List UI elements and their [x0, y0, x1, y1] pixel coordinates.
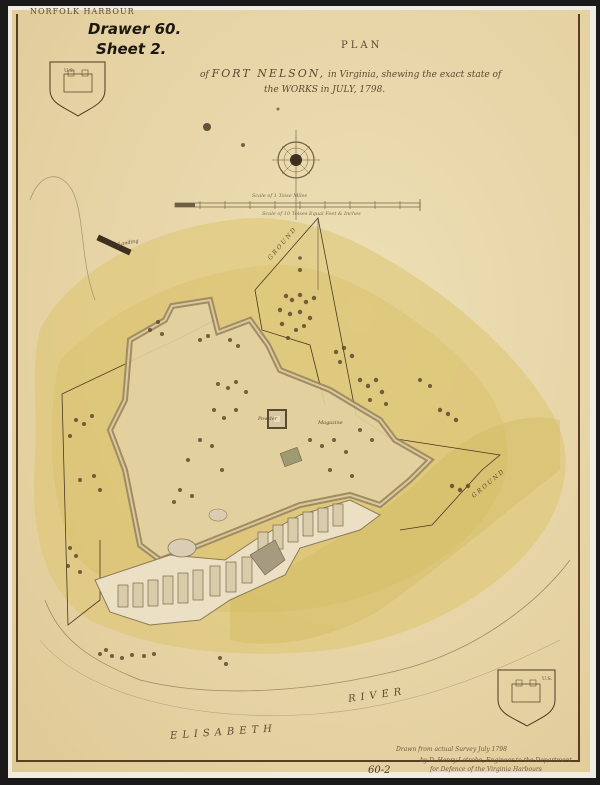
- credit-line-3: for Defence of the Virginia Harbours: [430, 766, 542, 773]
- title-fort-name: FORT NELSON,: [212, 67, 326, 80]
- stamp-top-text: U.S.: [542, 676, 552, 682]
- neatline-border: [16, 14, 580, 762]
- stamp-top-text: U.S.: [64, 68, 74, 74]
- credit-line-1: Drawn from actual Survey July 1798: [396, 746, 507, 753]
- harbour-label: NORFOLK HARBOUR: [30, 7, 135, 16]
- credit-line-2: by D. Henry Latrobe, Engineer to the Dep…: [420, 757, 572, 764]
- magazine-label: Magazine: [318, 420, 343, 426]
- sheet-label: Sheet 2.: [96, 40, 166, 58]
- map-title-line-2: the WORKS in JULY, 1798.: [264, 85, 385, 95]
- scale-lower-label: Scale of 10 Toises Equal Feet & Inches: [262, 211, 361, 217]
- map-title-plan: PLAN: [341, 40, 382, 51]
- powder-label: Powder: [258, 416, 277, 422]
- map-title-line-1: of FORT NELSON, in Virginia, shewing the…: [200, 67, 501, 80]
- title-suffix: in Virginia, shewing the exact state of: [328, 70, 501, 80]
- title-prefix: of: [200, 70, 209, 80]
- sheet-code: 60-2: [368, 765, 390, 776]
- scale-upper-label: Scale of 1 Toise Miles: [252, 193, 307, 199]
- drawer-label: Drawer 60.: [88, 20, 181, 38]
